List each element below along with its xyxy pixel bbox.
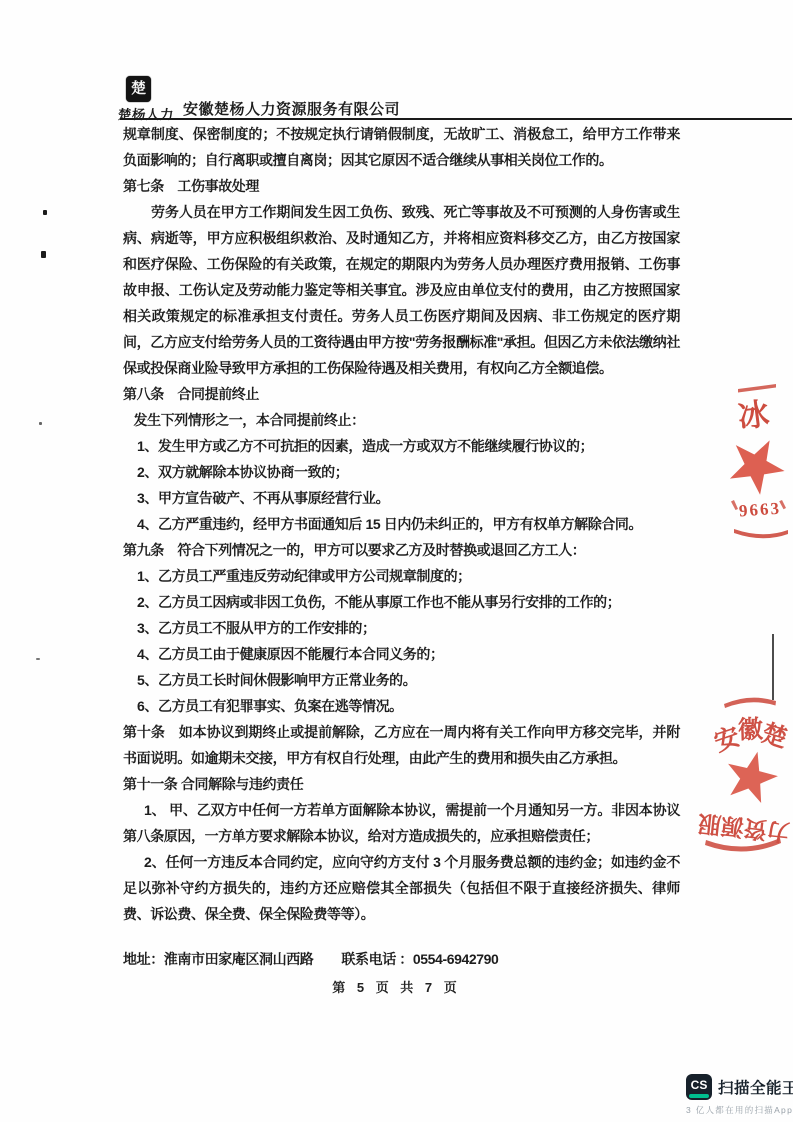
clause7-body: 劳务人员在甲方工作期间发生因工负伤、致残、死亡等事故及不可预测的人身伤害或生病、… [123,199,680,381]
address-row: 地址：淮南市田家庵区洞山西路 联系电话 ：0554-6942790 [123,946,680,972]
scan-fold-line [772,634,774,700]
clause8-item-2: 2、双方就解除本协议协商一致的； [123,459,680,485]
clause11-heading: 第十一条 合同解除与违约责任 [123,771,680,797]
clause8-item-3: 3、甲方宣告破产、不再从事原经营行业。 [123,485,680,511]
clause11-item-1: 1、 甲、乙双方中任何一方若单方面解除本协议，需提前一个月通知另一方。非因本协议… [123,797,680,849]
seal-arc-char-2: 徽 [738,716,764,745]
clause9-heading: 第九条 符合下列情况之一的，甲方可以要求乙方及时替换或退回乙方工人： [123,537,680,563]
clause8-intro: 发生下列情形之一，本合同提前终止： [123,407,680,433]
camscanner-watermark: CS 扫描全能王™ 3 亿人都在用的扫描App [686,1074,793,1116]
clause6-continuation: 规章制度、保密制度的；不按规定执行请销假制度，无故旷工、消极怠工，给甲方工作带来… [123,121,680,173]
page-header: 楚 楚杨人力 安徽楚杨人力资源服务有限公司 [120,74,780,120]
camscanner-logo-icon: CS [686,1074,712,1100]
address-text: 地址：淮南市田家庵区洞山西路 [123,946,313,972]
stamp-character: 冰 [736,396,771,435]
scan-speck [36,658,40,660]
scan-speck [41,251,46,258]
clause8-heading: 第八条 合同提前终止 [123,381,680,407]
clause7-heading: 第七条 工伤事故处理 [123,173,680,199]
company-name: 安徽楚杨人力资源服务有限公司 [183,98,400,119]
header-divider [120,118,792,120]
stamp-edge-line [738,384,776,393]
seal-bottom-arc [705,838,781,852]
seal-star-icon [721,746,783,806]
scan-speck [39,422,42,425]
camscanner-badge-accent [689,1094,709,1098]
seal-top-arc [724,698,776,708]
seal-arc-char-3: 楚 [758,719,790,753]
clause8-item-1: 1、发生甲方或乙方不可抗拒的因素，造成一方或双方不能继续履行协议的； [123,433,680,459]
scanned-contract-page: 楚 楚杨人力 安徽楚杨人力资源服务有限公司 规章制度、保密制度的；不按规定执行请… [0,0,793,1122]
seal-lower-text: 力资源服 [697,810,791,845]
stamp-arc-line [734,529,788,538]
seal-arc-char-1: 安 [711,722,744,757]
partial-stamp-top: 冰 9663 [726,382,793,542]
clause9-item-5: 5、乙方员工长时间休假影响甲方正常业务的。 [123,667,680,693]
company-logo-seal-icon: 楚 [126,76,151,102]
camscanner-title-text: 扫描全能王 [718,1080,793,1097]
clause11-item-2: 2、任何一方违反本合同约定，应向守约方支付 3 个月服务费总额的违约金；如违约金… [123,849,680,927]
clause9-item-3: 3、乙方员工不服从甲方的工作安排的； [123,615,680,641]
camscanner-title: 扫描全能王™ [718,1076,793,1098]
clause9-item-4: 4、乙方员工由于健康原因不能履行本合同义务的； [123,641,680,667]
stamp-number: 9663 [738,499,781,521]
partial-stamp-company-seal: 安 徽 楚 力资源服 [694,686,793,858]
clause9-item-2: 2、乙方员工因病或非因工负伤，不能从事原工作也不能从事另行安排的工作的； [123,589,680,615]
clause8-item-4: 4、乙方严重违约，经甲方书面通知后 15 日内仍未纠正的，甲方有权单方解除合同。 [123,511,680,537]
clause10-body: 第十条 如本协议到期终止或提前解除，乙方应在一周内将有关工作向甲方移交完毕，并附… [123,719,680,771]
camscanner-subtitle: 3 亿人都在用的扫描App [686,1104,793,1116]
stamp-star-icon [728,435,789,498]
contract-body: 规章制度、保密制度的；不按规定执行请销假制度，无故旷工、消极怠工，给甲方工作带来… [123,121,680,972]
clause9-item-1: 1、乙方员工严重违反劳动纪律或甲方公司规章制度的； [123,563,680,589]
clause9-item-6: 6、乙方员工有犯罪事实、负案在逃等情况。 [123,693,680,719]
page-number: 第 5 页 共 7 页 [0,977,793,996]
phone-text: 联系电话 ：0554-6942790 [341,946,498,972]
scan-speck [43,210,47,215]
camscanner-badge-text: CS [691,1078,708,1092]
